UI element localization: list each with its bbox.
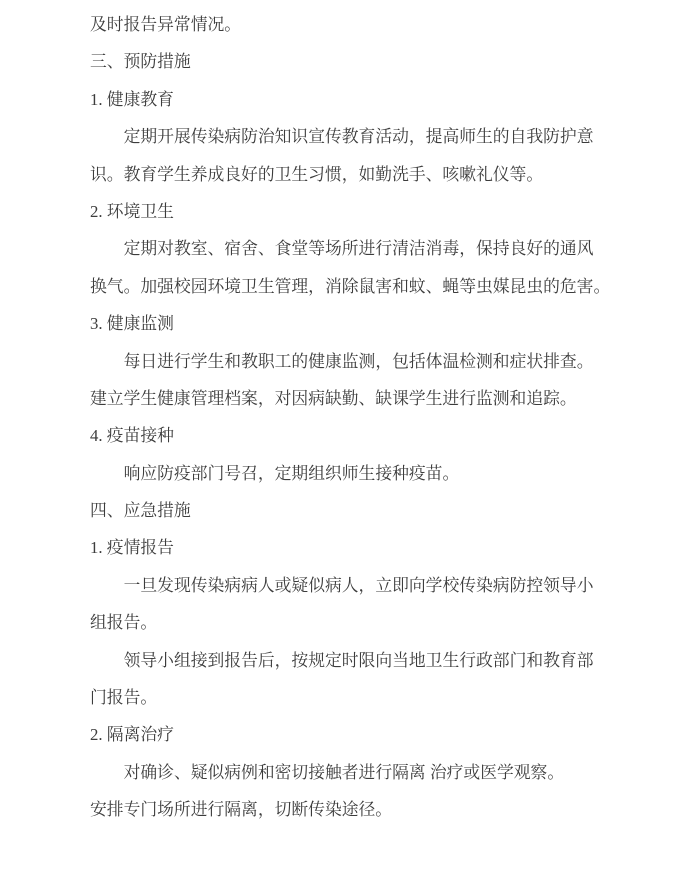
item-heading: 1. 疫情报告 xyxy=(90,529,602,566)
document-body: 及时报告异常情况。 三、预防措施 1. 健康教育 定期开展传染病防治知识宣传教育… xyxy=(90,6,602,829)
paragraph-line: 定期开展传染病防治知识宣传教育活动，提高师生的自我防护意 xyxy=(90,118,602,155)
paragraph-line: 门报告。 xyxy=(90,679,602,716)
paragraph-line: 组报告。 xyxy=(90,604,602,641)
section-heading: 三、预防措施 xyxy=(90,43,602,80)
paragraph-line: 及时报告异常情况。 xyxy=(90,6,602,43)
paragraph-line: 安排专门场所进行隔离，切断传染途径。 xyxy=(90,791,602,828)
paragraph-line: 响应防疫部门号召，定期组织师生接种疫苗。 xyxy=(90,455,602,492)
paragraph-line: 一旦发现传染病病人或疑似病人，立即向学校传染病防控领导小 xyxy=(90,567,602,604)
paragraph-line: 建立学生健康管理档案，对因病缺勤、缺课学生进行监测和追踪。 xyxy=(90,380,602,417)
section-heading: 四、应急措施 xyxy=(90,492,602,529)
item-heading: 1. 健康教育 xyxy=(90,81,602,118)
item-heading: 3. 健康监测 xyxy=(90,305,602,342)
paragraph-line: 换气。加强校园环境卫生管理，消除鼠害和蚊、蝇等虫媒昆虫的危害。 xyxy=(90,268,602,305)
item-heading: 2. 环境卫生 xyxy=(90,193,602,230)
paragraph-line: 领导小组接到报告后，按规定时限向当地卫生行政部门和教育部 xyxy=(90,642,602,679)
paragraph-line: 每日进行学生和教职工的健康监测，包括体温检测和症状排查。 xyxy=(90,343,602,380)
paragraph-line: 对确诊、疑似病例和密切接触者进行隔离 治疗或医学观察。 xyxy=(90,754,602,791)
paragraph-line: 识。教育学生养成良好的卫生习惯，如勤洗手、咳嗽礼仪等。 xyxy=(90,156,602,193)
document-page: 及时报告异常情况。 三、预防措施 1. 健康教育 定期开展传染病防治知识宣传教育… xyxy=(0,0,694,872)
item-heading: 2. 隔离治疗 xyxy=(90,716,602,753)
paragraph-line: 定期对教室、宿舍、食堂等场所进行清洁消毒，保持良好的通风 xyxy=(90,230,602,267)
item-heading: 4. 疫苗接种 xyxy=(90,417,602,454)
